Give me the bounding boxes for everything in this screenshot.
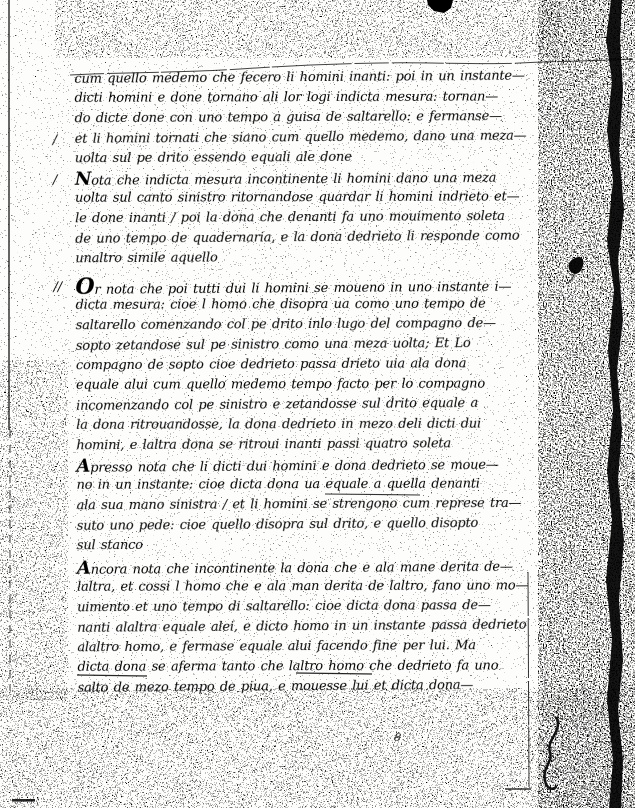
margin-double-slash-mark: // — [53, 278, 62, 298]
text-line: equale alui cum quello medemo tempo fact… — [76, 374, 556, 396]
text-line: dicta dona se aferma tanto che laltro ho… — [77, 656, 557, 678]
noise-field-left-margin — [0, 360, 68, 700]
text-line: incomenzando col pe sinistro e zetandoss… — [76, 393, 556, 417]
text-line: no in un instante: cioe dicta dona ua eq… — [77, 474, 557, 496]
text-line-content: Nota che indicta mesura incontinente li … — [75, 171, 496, 189]
paragraph-ancora: Ancora nota che incontinente la dona che… — [77, 556, 558, 699]
paragraph-nota: Nota che indicta mesura incontinente li … — [75, 167, 556, 270]
text-line: laltra, et cossi l homo che e ala man de… — [77, 576, 557, 598]
text-line: sul stanco — [77, 534, 557, 557]
text-line: alaltro homo, e fermase equale alui face… — [77, 636, 557, 659]
text-line: Or nota che poi tutti dui li homini se m… — [75, 273, 555, 297]
margin-slash-mark: / — [53, 171, 57, 191]
text-line: compagno de sopto cioe dedrieto passa dr… — [76, 354, 556, 377]
text-line: dicta mesura: cioe l homo che disopra ua… — [76, 294, 556, 316]
paragraph-or-nota: Or nota che poi tutti dui li homini se m… — [75, 274, 556, 457]
text-line: Ancora nota che incontinente la dona che… — [77, 555, 557, 579]
text-line: Nota che indicta mesura incontinente li … — [75, 166, 555, 190]
ink-blot — [569, 257, 584, 274]
text-line: Apresso nota che li dicti dui homini e d… — [76, 453, 556, 477]
bottom-left-dash — [12, 799, 35, 802]
pen-squiggle — [544, 718, 558, 789]
text-line-content: et li homini tornati che siano cum quell… — [75, 128, 527, 146]
text-block: cum quello medemo che fecero li homini i… — [74, 67, 557, 699]
folio-number: 8 — [393, 730, 402, 744]
paragraph-apresso: Apresso nota che li dicti dui homini e d… — [76, 454, 557, 557]
manuscript-page: cum quello medemo che fecero li homini i… — [0, 0, 635, 808]
text-line: uolta sul canto sinistro ritornandose qu… — [75, 187, 555, 209]
text-line: la dona ritrouandosse, la dona dedrieto … — [76, 414, 556, 436]
noise-field-top — [55, 0, 560, 58]
text-line: unaltro simile aquello — [75, 247, 555, 270]
text-line: salto de mezo tempo de piua, e mouesse l… — [78, 675, 558, 699]
paragraph-continuation: cum quello medemo che fecero li homini i… — [74, 67, 555, 170]
text-line: dicti homini e done tornano ali lor logi… — [74, 87, 554, 109]
corner-blot — [427, 0, 453, 13]
margin-slash-mark: / — [53, 131, 57, 151]
ink-blot-tail — [566, 272, 575, 284]
noise-field-bottom — [0, 688, 635, 808]
right-edge-band — [606, 0, 624, 808]
text-line: cum quello medemo che fecero li homini i… — [74, 66, 554, 90]
